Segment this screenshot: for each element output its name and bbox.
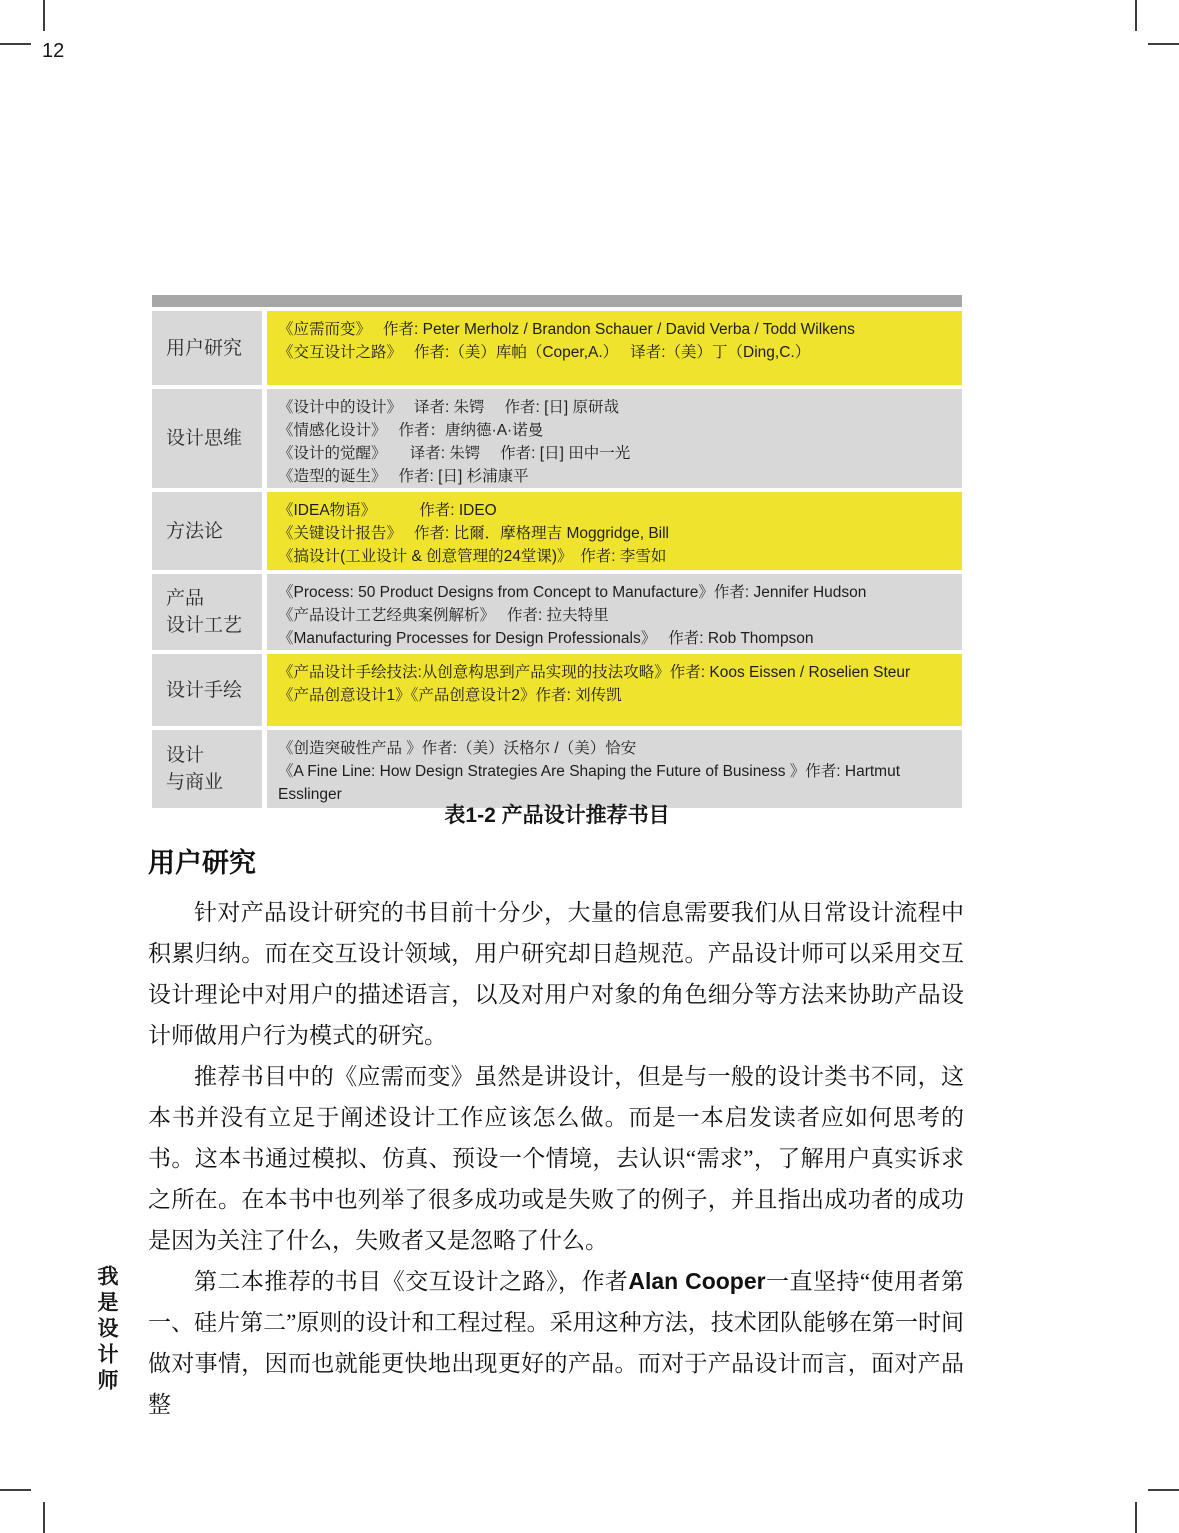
table-category-cell: 产品设计工艺 xyxy=(152,574,262,650)
table-books-cell-highlighted: 《应需而变》 作者: Peter Merholz / Brandon Schau… xyxy=(267,311,962,385)
body-text: 用户研究 针对产品设计研究的书目前十分少，大量的信息需要我们从日常设计流程中积累… xyxy=(148,841,964,1425)
section-heading: 用户研究 xyxy=(148,841,964,880)
book-entry: 《创造突破性产品 》作者:（美）沃格尔 /（美）恰安 xyxy=(278,737,954,760)
book-entry: 《产品设计手绘技法:从创意构思到产品实现的技法攻略》作者: Koos Eisse… xyxy=(278,661,954,684)
table-header-bar xyxy=(152,295,962,307)
table-category-label: 设计思维 xyxy=(166,425,262,452)
book-entry: 《情感化设计》 作者：唐纳德·A·诺曼 xyxy=(278,419,954,442)
table-books-cell: 《创造突破性产品 》作者:（美）沃格尔 /（美）恰安《A Fine Line: … xyxy=(267,730,962,808)
book-entry: 《Process: 50 Product Designs from Concep… xyxy=(278,581,954,604)
table-row: 设计与商业《创造突破性产品 》作者:（美）沃格尔 /（美）恰安《A Fine L… xyxy=(152,730,962,808)
paragraph: 第二本推荐的书目《交互设计之路》，作者Alan Cooper一直坚持“使用者第一… xyxy=(148,1261,964,1425)
book-entry: 《产品创意设计1》《产品创意设计2》作者: 刘传凯 xyxy=(278,684,954,707)
table-rows: 用户研究《应需而变》 作者: Peter Merholz / Brandon S… xyxy=(152,311,962,808)
book-entry: 《应需而变》 作者: Peter Merholz / Brandon Schau… xyxy=(278,318,954,341)
table-category-label: 产品 xyxy=(166,585,262,612)
table-row: 产品设计工艺《Process: 50 Product Designs from … xyxy=(152,574,962,650)
book-entry: 《设计中的设计》 译者: 朱锷 作者: [日] 原研哉 xyxy=(278,396,954,419)
crop-mark-top-right-vertical xyxy=(1135,0,1137,31)
text-segment: 针对产品设计研究的书目前十分少，大量的信息需要我们从日常设计流程中积累归纳。而在… xyxy=(148,900,964,1048)
text-segment: 第二本推荐的书目《交互设计之路》，作者 xyxy=(194,1269,628,1294)
table-category-cell: 设计与商业 xyxy=(152,730,262,808)
book-entry: 《造型的诞生》 作者: [日] 杉浦康平 xyxy=(278,465,954,488)
table-category-label: 设计工艺 xyxy=(166,612,262,639)
crop-mark-bottom-right-vertical xyxy=(1135,1502,1137,1533)
table-books-cell: 《设计中的设计》 译者: 朱锷 作者: [日] 原研哉《情感化设计》 作者：唐纳… xyxy=(267,389,962,488)
book-entry: 《交互设计之路》 作者:（美）库帕（Coper,A.） 译者:（美）丁（Ding… xyxy=(278,341,954,364)
book-entry: 《IDEA物语》 作者: IDEO xyxy=(278,499,954,522)
crop-mark-top-left-vertical xyxy=(43,0,45,31)
table-row: 用户研究《应需而变》 作者: Peter Merholz / Brandon S… xyxy=(152,311,962,385)
table-category-label: 用户研究 xyxy=(166,335,262,362)
table-books-cell-highlighted: 《产品设计手绘技法:从创意构思到产品实现的技法攻略》作者: Koos Eisse… xyxy=(267,654,962,726)
crop-mark-bottom-left-horizontal xyxy=(0,1489,31,1491)
paragraph: 针对产品设计研究的书目前十分少，大量的信息需要我们从日常设计流程中积累归纳。而在… xyxy=(148,892,964,1056)
table-category-cell: 用户研究 xyxy=(152,311,262,385)
spine-title: 我是设计师 xyxy=(91,1265,121,1395)
book-entry: 《Manufacturing Processes for Design Prof… xyxy=(278,627,954,650)
table-category-label: 与商业 xyxy=(166,769,262,796)
text-segment: 推荐书目中的《应需而变》虽然是讲设计，但是与一般的设计类书不同，这本书并没有立足… xyxy=(148,1064,964,1253)
crop-mark-bottom-left-vertical xyxy=(43,1502,45,1533)
table-row: 方法论《IDEA物语》 作者: IDEO《关键设计报告》 作者: 比爾．摩格理吉… xyxy=(152,492,962,570)
table-category-label: 设计 xyxy=(166,742,262,769)
page-number: 12 xyxy=(42,40,64,63)
table-row: 设计手绘《产品设计手绘技法:从创意构思到产品实现的技法攻略》作者: Koos E… xyxy=(152,654,962,726)
book-entry: 《搞设计(工业设计 & 创意管理的24堂课)》 作者: 李雪如 xyxy=(278,545,954,568)
book-entry: 《产品设计工艺经典案例解析》 作者: 拉夫特里 xyxy=(278,604,954,627)
crop-mark-bottom-right-horizontal xyxy=(1148,1489,1179,1491)
table-row: 设计思维《设计中的设计》 译者: 朱锷 作者: [日] 原研哉《情感化设计》 作… xyxy=(152,389,962,488)
table-category-label: 设计手绘 xyxy=(166,677,262,704)
crop-mark-top-left-horizontal xyxy=(0,43,31,45)
book-entry: 《关键设计报告》 作者: 比爾．摩格理吉 Moggridge, Bill xyxy=(278,522,954,545)
table-category-cell: 方法论 xyxy=(152,492,262,570)
table-books-cell-highlighted: 《IDEA物语》 作者: IDEO《关键设计报告》 作者: 比爾．摩格理吉 Mo… xyxy=(267,492,962,570)
table-category-cell: 设计手绘 xyxy=(152,654,262,726)
crop-mark-top-right-horizontal xyxy=(1148,43,1179,45)
bold-text-segment: Alan Cooper xyxy=(628,1268,765,1294)
table-category-cell: 设计思维 xyxy=(152,389,262,488)
table-category-label: 方法论 xyxy=(166,518,262,545)
paragraphs: 针对产品设计研究的书目前十分少，大量的信息需要我们从日常设计流程中积累归纳。而在… xyxy=(148,892,964,1425)
recommended-books-table: 用户研究《应需而变》 作者: Peter Merholz / Brandon S… xyxy=(152,295,962,812)
table-books-cell: 《Process: 50 Product Designs from Concep… xyxy=(267,574,962,650)
paragraph: 推荐书目中的《应需而变》虽然是讲设计，但是与一般的设计类书不同，这本书并没有立足… xyxy=(148,1056,964,1261)
book-entry: 《设计的觉醒》 译者: 朱锷 作者: [日] 田中一光 xyxy=(278,442,954,465)
table-caption: 表1-2 产品设计推荐书目 xyxy=(152,799,962,829)
book-page: 12 我是设计师 用户研究《应需而变》 作者: Peter Merholz / … xyxy=(0,0,1179,1533)
